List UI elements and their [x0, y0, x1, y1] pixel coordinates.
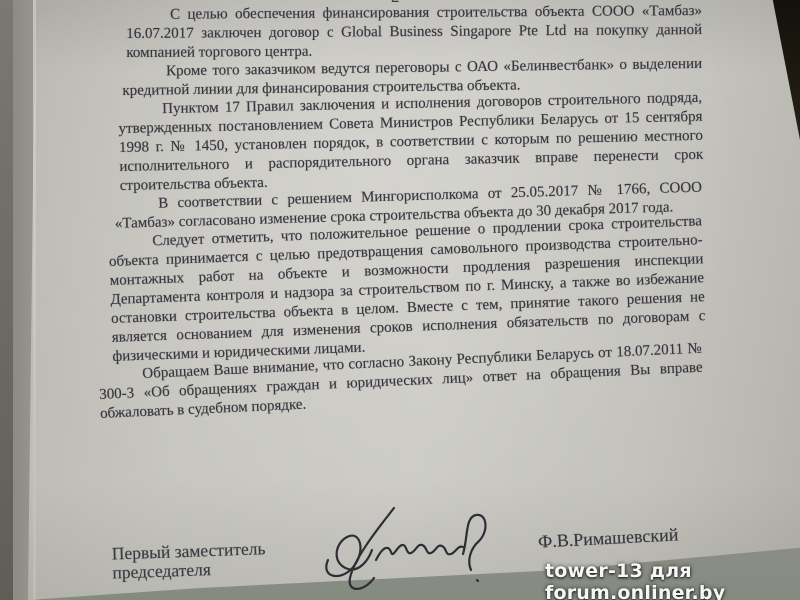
document-paragraph: Пунктом 17 Правил заключения и исполнени…	[118, 89, 704, 196]
document-photo: 2 С целью обеспечения финансирования стр…	[0, 0, 800, 600]
signature-scrawl	[318, 498, 533, 598]
paper-left-edge	[33, 0, 36, 600]
photo-watermark: tower-13 для forum.onliner.by	[545, 560, 795, 600]
document-paragraph: С целью обеспечения финансирования строи…	[126, 2, 702, 63]
document-body: С целью обеспечения финансирования строи…	[108, 6, 702, 424]
background-strip-dark	[0, 0, 13, 600]
